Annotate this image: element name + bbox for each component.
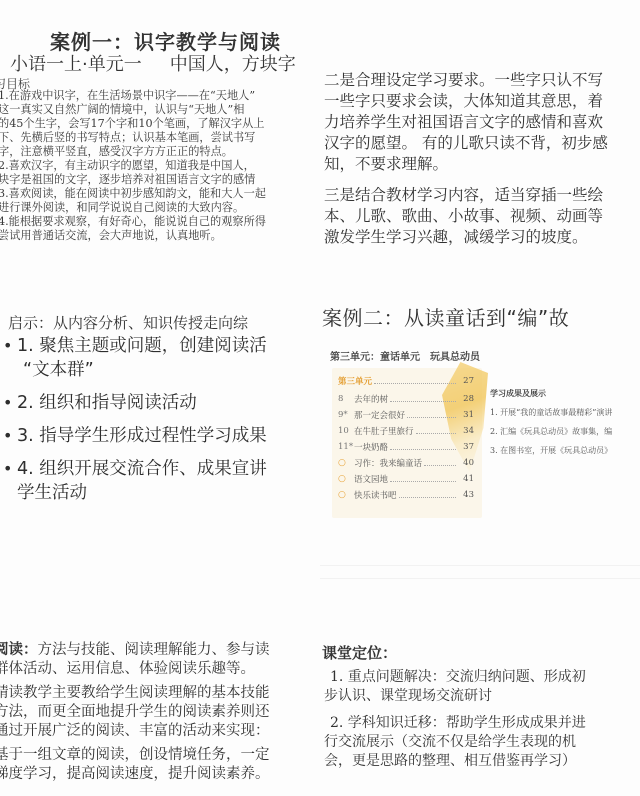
reading-paragraph-3: 基于一组文章的阅读，创设情境任务，一定 梯度学习，提高阅读速度，提升阅读素养。: [0, 746, 270, 784]
toc-leader-dots: [424, 460, 456, 466]
goal-line: 这一真实又自然广阔的情境中，认识与“天地人”相: [0, 103, 320, 117]
goal-line: 2.喜欢汉字，有主动识字的愿望，知道我是中国人，: [0, 159, 320, 173]
paragraph-line: 汉字的愿望。 有的儿歌只读不背，初步感: [324, 133, 608, 154]
toc-page: 34: [458, 426, 474, 436]
paragraph-line: 精读教学主要教给学生阅读理解的基本技能: [0, 684, 270, 703]
case1-subtitle: 小语一上·单元一中国人，方块字: [10, 50, 296, 76]
unit-theme: 玩具总动员: [430, 352, 480, 363]
toc-unit-name: 第三单元: [338, 375, 372, 387]
circle-bullet-icon: ○: [338, 490, 354, 500]
inspiration-item: • 3. 指导学生形成过程性学习成果: [0, 424, 322, 448]
requirements-paragraph-3: 三是结合教材学习内容，适当穿插一些绘 本、儿歌、歌曲、小故事、视频、动画等 激发…: [324, 185, 603, 248]
toc-name: 去年的树: [354, 393, 388, 405]
learning-goals-list: 1.在游戏中识字，在生活场景中识字——在“天地人” 这一真实又自然广阔的情境中，…: [0, 89, 320, 243]
learning-outcomes: 学习成果及展示 1. 开展“我的童话故事最精彩”演讲 2. 汇编《玩具总动员》故…: [490, 384, 640, 460]
paragraph-line: 力培养学生对祖国语言文字的感情和喜欢: [324, 112, 608, 133]
paragraph-line: 群体活动、运用信息、体验阅读乐趣等。: [0, 660, 270, 679]
paragraph-line: 知，不要求理解。: [324, 154, 608, 175]
item-line: 步认识、课堂现场交流研讨: [324, 687, 586, 706]
goal-line: 3.喜欢阅读，能在阅读中初步感知韵文，能和大人一起: [0, 187, 320, 201]
paragraph-line: 本、儿歌、歌曲、小故事、视频、动画等: [324, 206, 603, 227]
case2-panel: 案例二：从读童话到“编”故 第三单元：童话单元玩具总动员 第三单元 27 8 去…: [322, 290, 640, 550]
toc-num: 8: [338, 394, 354, 404]
toc-name: 在牛肚子里旅行: [354, 425, 414, 437]
case1-literacy-panel: 案例一：识字教学与阅读 小语一上·单元一中国人，方块字 习目标 1.在游戏中识字…: [0, 0, 320, 290]
inspiration-item: • 1. 聚焦主题或问题，创建阅读活 “文本群”: [0, 334, 322, 382]
toc-page: 28: [458, 394, 474, 404]
inspiration-list: • 1. 聚焦主题或问题，创建阅读活 “文本群” • 2. 组织和指导阅读活动 …: [0, 334, 322, 514]
toc-name: 一块奶酪: [354, 441, 388, 453]
paragraph-line: 梯度学习，提高阅读速度，提升阅读素养。: [0, 765, 270, 784]
item-text: 2. 组织和指导阅读活动: [17, 393, 197, 413]
paragraph-line: 激发学生学习兴趣，减缓学习的坡度。: [324, 227, 603, 248]
toc-leader-dots: [390, 396, 456, 402]
paragraph-line: 一些字只要求会读，大体知道其意思，着: [324, 91, 608, 112]
inspiration-item: • 4. 组织开展交流合作、成果宣讲 学生活动: [0, 457, 322, 505]
toc-row: ○ 习作：我来编童话 40: [338, 456, 474, 470]
outcome-item: 2. 汇编《玩具总动员》故事集，编: [490, 422, 640, 441]
toc-row: 11* 一块奶酪 37: [338, 440, 474, 454]
goal-line: 字，注意横平竖直，感受汉字方方正正的特点。: [0, 145, 320, 159]
item-line: 会，更是思路的整理、相互借鉴再学习）: [324, 752, 586, 771]
positioning-item: 1. 重点问题解决：交流归纳问题、形成初 步认识、课堂现场交流研讨: [324, 668, 586, 706]
toc-page: 37: [458, 442, 474, 452]
toc-name: 那一定会很好: [354, 409, 405, 421]
goal-line: 进行课外阅读，和同学说说自己阅读的大致内容。: [0, 201, 320, 215]
circle-bullet-icon: ○: [338, 458, 354, 468]
paragraph-line: 方法，而更全面地提升学生的阅读素养则还: [0, 703, 270, 722]
toc-row: 9* 那一定会很好 31: [338, 408, 474, 422]
case2-title: 案例二：从读童话到“编”故: [322, 302, 569, 331]
toc-row: 8 去年的树 28: [338, 392, 474, 406]
inspiration-intro: 启示：从内容分析、知识传授走向综: [8, 312, 248, 333]
toc-leader-dots: [416, 428, 456, 434]
item-text: 3. 指导学生形成过程性学习成果: [17, 426, 267, 446]
toc-name: 语文园地: [354, 473, 388, 485]
goal-line: 块字是祖国的文字，逐步培养对祖国语言文字的感情: [0, 173, 320, 187]
case2-unit-label: 第三单元：童话单元玩具总动员: [330, 348, 480, 363]
reading-paragraph-1: 阅读：方法与技能、阅读理解能力、参与读 群体活动、运用信息、体验阅读乐趣等。: [0, 640, 270, 679]
bullet-icon: •: [3, 391, 12, 415]
item-line: 2. 学科知识迁移：帮助学生形成成果并进: [324, 714, 586, 733]
item-line: 1. 重点问题解决：交流归纳问题、形成初: [324, 668, 586, 687]
case1-subtitle-unit: 小语一上·单元一: [10, 54, 142, 75]
toc-row: ○ 语文园地 41: [338, 472, 474, 486]
toc-leader-dots: [374, 378, 456, 384]
toc-num: 9*: [338, 410, 354, 420]
textbook-toc-image: 第三单元 27 8 去年的树 28 9* 那一定会很好 31 10 在牛肚子里旅…: [332, 368, 482, 518]
goal-line: 尝试用普通话交流，会大声地说，认真地听。: [0, 229, 320, 243]
outcomes-heading: 学习成果及展示: [490, 384, 640, 403]
toc-page: 41: [458, 474, 474, 484]
paragraph-line: 通过开展广泛的阅读、丰富的活动来实现：: [0, 722, 270, 741]
inspiration-item: • 2. 组织和指导阅读活动: [0, 391, 322, 415]
toc-page: 27: [458, 376, 474, 386]
item-line: 行交流展示（交流不仅是给学生表现的机: [324, 733, 586, 752]
outcome-item: 3. 在图书室，开展《玩具总动员》: [490, 441, 640, 460]
goal-line: 下、先横后竖的书写特点；认识基本笔画，尝试书写: [0, 131, 320, 145]
inspiration-slide: 启示：从内容分析、知识传授走向综 • 1. 聚焦主题或问题，创建阅读活 “文本群…: [0, 290, 322, 550]
divider-lines: [320, 565, 640, 579]
goal-line: 4.能根据要求观察，有好奇心，能说说自己的观察所得: [0, 215, 320, 229]
toc-page: 43: [458, 490, 474, 500]
toc-row: 10 在牛肚子里旅行 34: [338, 424, 474, 438]
bullet-icon: •: [3, 424, 12, 448]
toc-num: 11*: [338, 442, 354, 452]
toc-num: 10: [338, 426, 354, 436]
circle-bullet-icon: ○: [338, 474, 354, 484]
item-text-continued: 学生活动: [17, 481, 322, 505]
reading-paragraph-2: 精读教学主要教给学生阅读理解的基本技能 方法，而更全面地提升学生的阅读素养则还 …: [0, 684, 270, 741]
bullet-icon: •: [3, 457, 12, 481]
paragraph-line: 基于一组文章的阅读，创设情境任务，一定: [0, 746, 270, 765]
item-text: 1. 聚焦主题或问题，创建阅读活: [17, 336, 267, 356]
toc-leader-dots: [390, 476, 456, 482]
outcome-item: 1. 开展“我的童话故事最精彩”演讲: [490, 403, 640, 422]
classroom-positioning-panel: 课堂定位： 1. 重点问题解决：交流归纳问题、形成初 步认识、课堂现场交流研讨 …: [320, 620, 640, 796]
positioning-heading: 课堂定位：: [322, 642, 397, 663]
toc-header-row: 第三单元 27: [338, 374, 474, 388]
paragraph-line: 三是结合教材学习内容，适当穿插一些绘: [324, 185, 603, 206]
toc-row: ○ 快乐读书吧 43: [338, 488, 474, 502]
goal-line: 的45个生字，会写17个字和10个笔画，了解汉字从上: [0, 117, 320, 131]
toc-leader-dots: [407, 412, 456, 418]
paragraph-line: 方法与技能、阅读理解能力、参与读: [38, 642, 270, 658]
reading-label: 阅读：: [0, 641, 38, 658]
unit-name: 第三单元：童话单元: [330, 352, 420, 363]
bullet-icon: •: [3, 334, 12, 358]
paragraph-line: 二是合理设定学习要求。一些字只认不写: [324, 70, 608, 91]
item-text-continued: “文本群”: [17, 358, 322, 382]
reading-panel: 阅读：方法与技能、阅读理解能力、参与读 群体活动、运用信息、体验阅读乐趣等。 精…: [0, 620, 320, 796]
case1-subtitle-theme: 中国人，方块字: [170, 54, 296, 75]
toc-leader-dots: [390, 444, 456, 450]
toc-page: 40: [458, 458, 474, 468]
positioning-item: 2. 学科知识迁移：帮助学生形成成果并进 行交流展示（交流不仅是给学生表现的机 …: [324, 714, 586, 771]
toc-name: 快乐读书吧: [354, 489, 397, 501]
goal-line: 1.在游戏中识字，在生活场景中识字——在“天地人”: [0, 89, 320, 103]
requirements-panel: 二是合理设定学习要求。一些字只认不写 一些字只要求会读，大体知道其意思，着 力培…: [320, 0, 640, 290]
requirements-paragraph-2: 二是合理设定学习要求。一些字只认不写 一些字只要求会读，大体知道其意思，着 力培…: [324, 70, 608, 175]
toc-page: 31: [458, 410, 474, 420]
toc-name: 习作：我来编童话: [354, 457, 422, 469]
toc-leader-dots: [399, 492, 456, 498]
item-text: 4. 组织开展交流合作、成果宣讲: [17, 459, 267, 479]
